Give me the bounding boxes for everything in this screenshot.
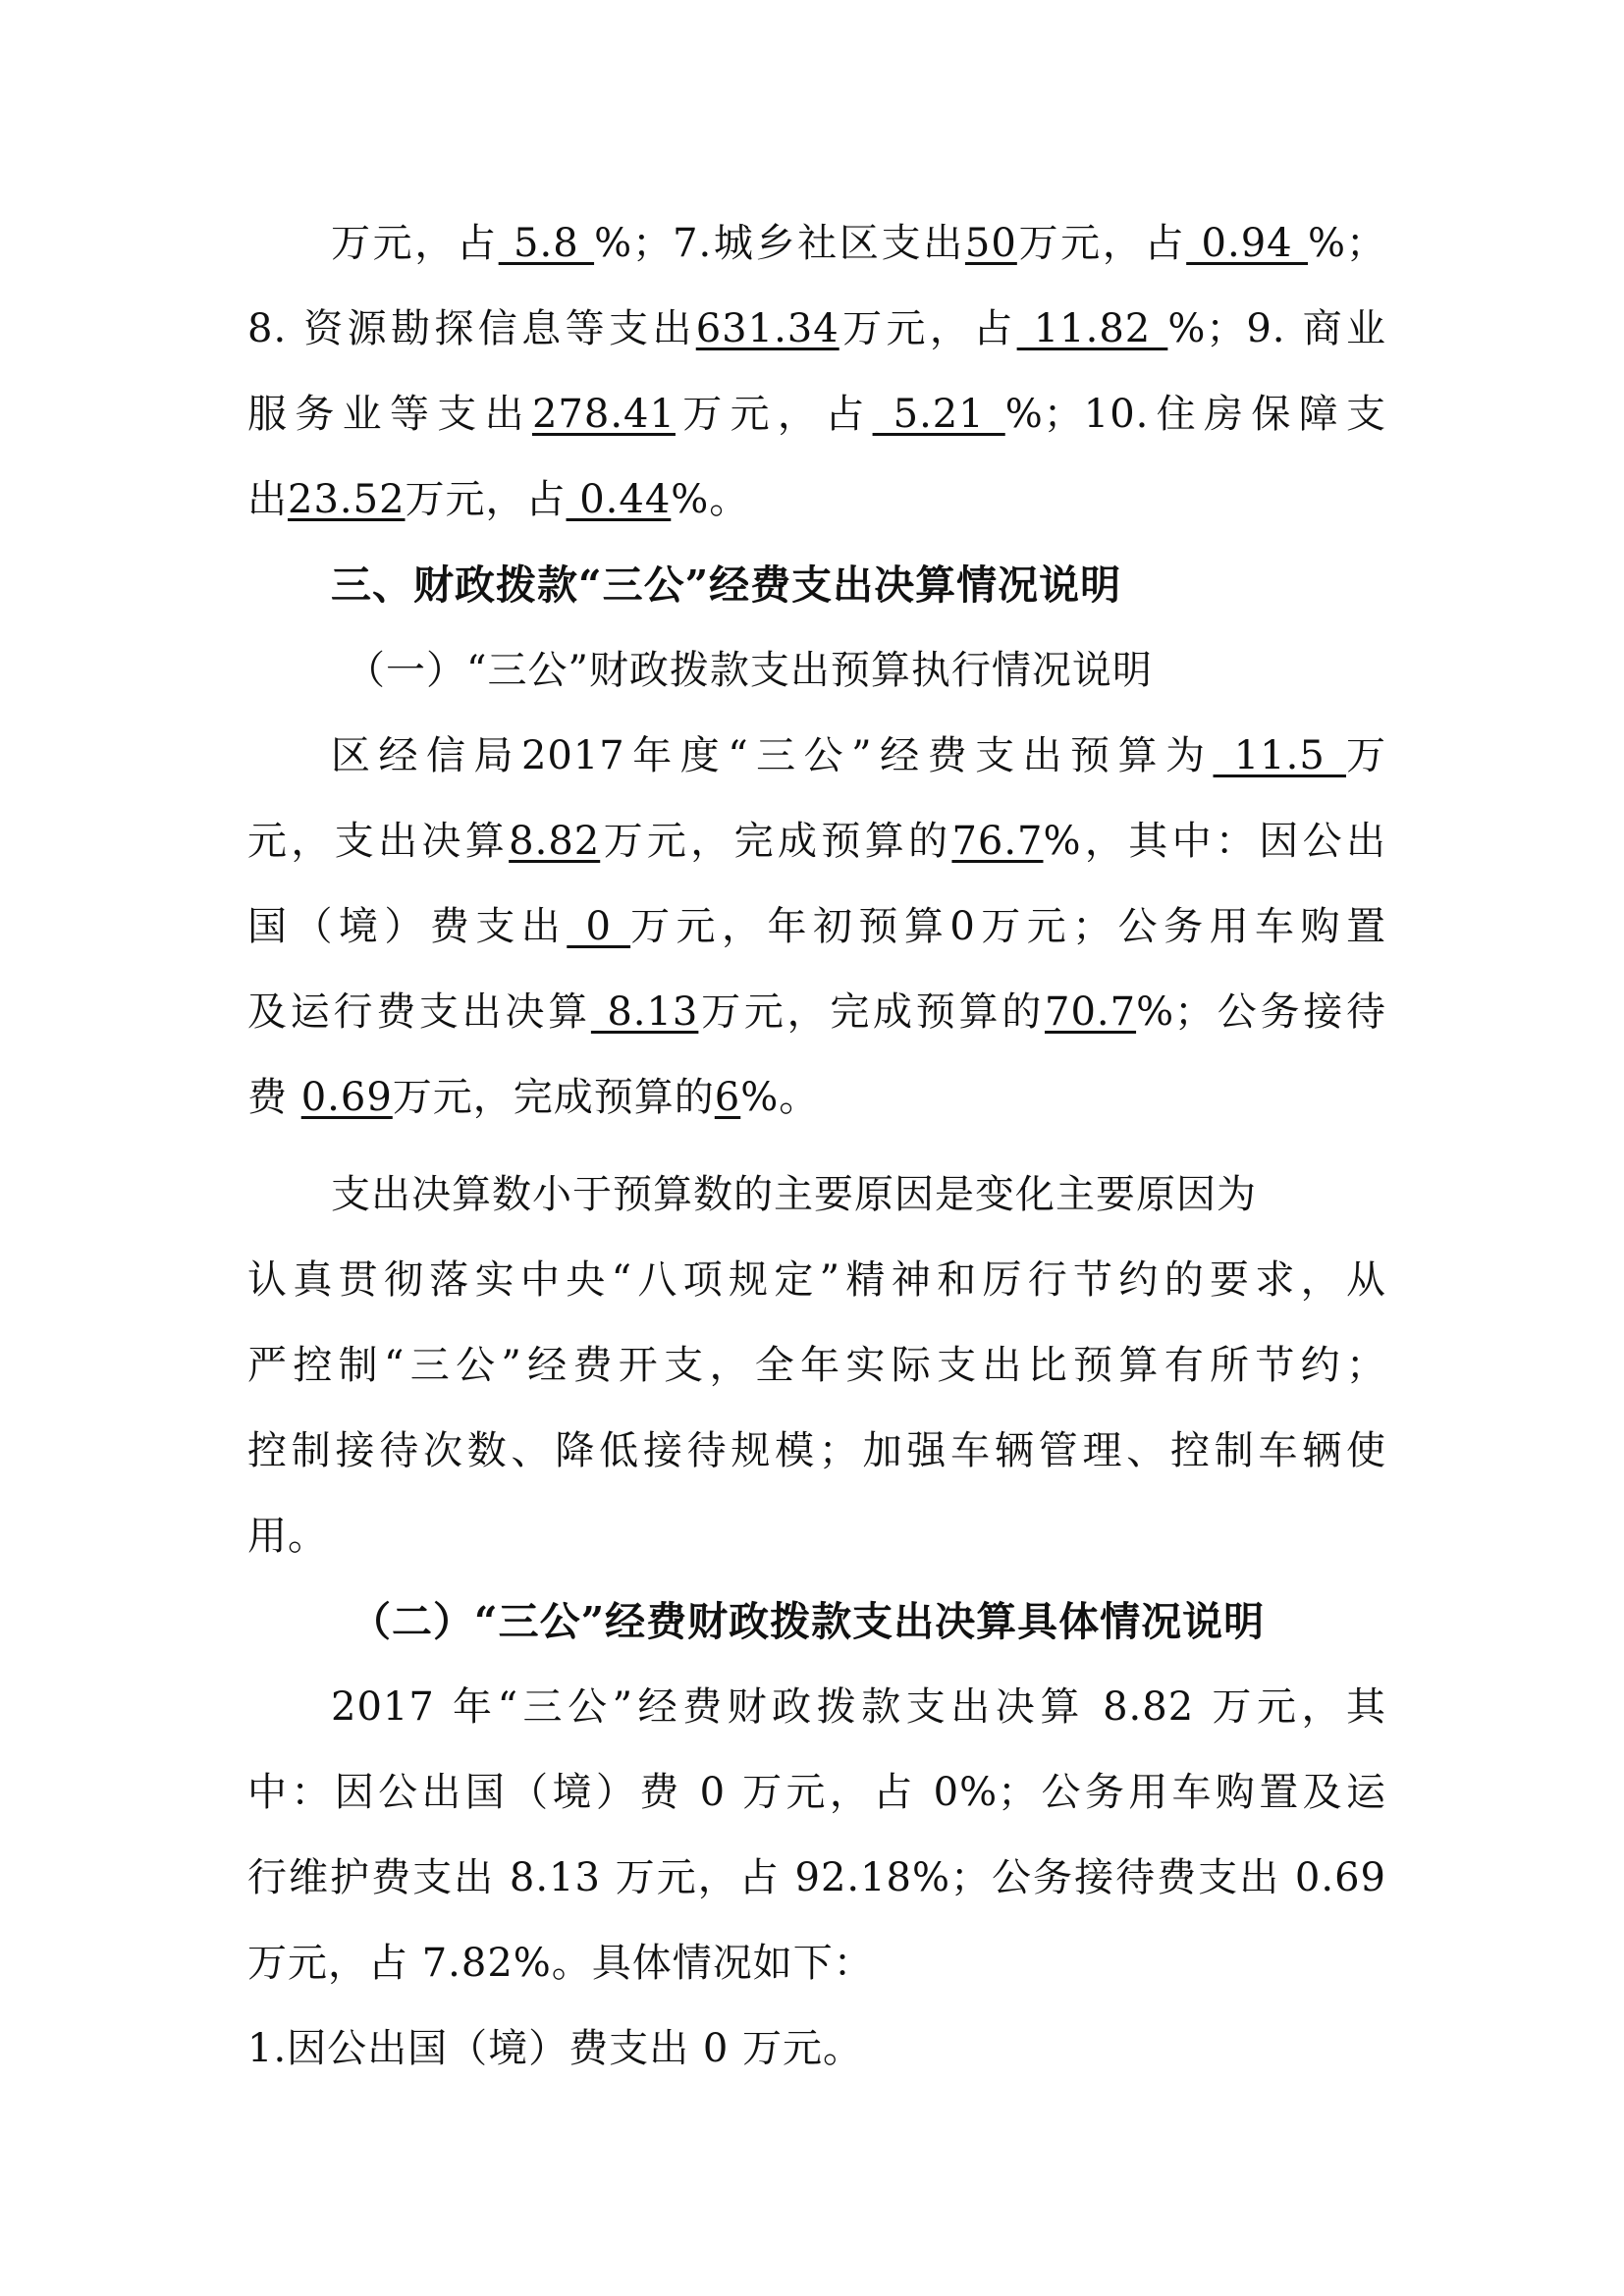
underlined-value: 631.34 (696, 306, 839, 351)
text-segment: 区经信局2017年度“三公”经费支出预算为 (331, 733, 1214, 778)
underlined-value: 0.44 (567, 477, 672, 522)
detail-line: 中：因公出国（境）费 0 万元，占 0%；公务用车购置及运 (247, 1750, 1386, 1836)
underlined-value: 8.82 (509, 819, 600, 864)
text-line: 万元，占 5.8 %；7.城乡社区支出50万元，占 0.94 %； (247, 201, 1386, 287)
text-segment: %；10.住房保障支 (1005, 392, 1386, 437)
item-overseas-expense: 1.因公出国（境）费支出 0 万元。 (247, 2006, 1386, 2092)
text-line: 服务业等支出278.41万元，占 5.21 %；10.住房保障支 (247, 372, 1386, 457)
text-segment: %；公务接待 (1136, 989, 1386, 1035)
underlined-value: 0.69 (301, 1075, 393, 1120)
text-segment: 万元，完成预算的 (393, 1075, 715, 1120)
budget-execution-paragraph: 区经信局2017年度“三公”经费支出预算为 11.5 万元，支出决算8.82万元… (247, 714, 1386, 1141)
document-page: 万元，占 5.8 %；7.城乡社区支出50万元，占 0.94 %；8. 资源勘探… (247, 201, 1386, 2092)
underlined-value: 5.8 (499, 221, 594, 266)
text-segment: 万 (1346, 733, 1386, 778)
underlined-value: 23.52 (288, 477, 406, 522)
detail-line: 万元，占 7.82%。具体情况如下： (247, 1921, 1386, 2006)
text-line: 出23.52万元，占 0.44%。 (247, 457, 1386, 543)
reason-line: 认真贯彻落实中央“八项规定”精神和厉行节约的要求，从 (247, 1238, 1386, 1323)
text-line: 元，支出决算8.82万元，完成预算的76.7%，其中：因公出 (247, 799, 1386, 884)
text-segment: %。 (740, 1075, 819, 1120)
text-line: 区经信局2017年度“三公”经费支出预算为 11.5 万 (247, 714, 1386, 799)
underlined-value: 0.94 (1186, 221, 1308, 266)
text-segment: 万元，完成预算的 (698, 989, 1045, 1035)
text-line: 国（境）费支出 0 万元，年初预算0万元；公务用车购置 (247, 884, 1386, 970)
underlined-value: 50 (965, 221, 1017, 266)
underlined-value: 11.5 (1214, 733, 1346, 778)
subheading-budget-execution: （一）“三公”财政拨款支出预算执行情况说明 (247, 628, 1386, 714)
reason-line: 支出决算数小于预算数的主要原因是变化主要原因为 (247, 1152, 1386, 1238)
text-line: 费 0.69万元，完成预算的6%。 (247, 1055, 1386, 1141)
subheading-specific-details: （二）“三公”经费财政拨款支出决算具体情况说明 (247, 1579, 1386, 1665)
text-segment: 8. 资源勘探信息等支出 (247, 306, 696, 351)
section-heading-three-public-expenses: 三、财政拨款“三公”经费支出决算情况说明 (247, 543, 1386, 628)
underlined-value: 76.7 (951, 819, 1043, 864)
text-segment: 万元，完成预算的 (600, 819, 951, 864)
text-segment: 万元，占 (676, 392, 873, 437)
text-segment: %。 (671, 477, 749, 522)
detail-paragraph: 2017 年“三公”经费财政拨款支出决算 8.82 万元，其 中：因公出国（境）… (247, 1665, 1386, 2006)
reason-line: 控制接待次数、降低接待规模；加强车辆管理、控制车辆使 (247, 1409, 1386, 1494)
reason-paragraph: 支出决算数小于预算数的主要原因是变化主要原因为 认真贯彻落实中央“八项规定”精神… (247, 1152, 1386, 1579)
text-segment: 费 (247, 1075, 301, 1120)
text-segment: %；9. 商业 (1167, 306, 1386, 351)
underlined-value: 8.13 (591, 989, 699, 1035)
text-segment: 服务业等支出 (247, 392, 532, 437)
text-segment: %； (1308, 221, 1386, 266)
text-segment: 出 (247, 477, 288, 522)
text-segment: 及运行费支出决算 (247, 989, 591, 1035)
text-segment: 万元，占 (1017, 221, 1186, 266)
underlined-value: 0 (567, 904, 630, 949)
text-line: 及运行费支出决算 8.13万元，完成预算的70.7%；公务接待 (247, 970, 1386, 1055)
underlined-value: 278.41 (532, 392, 676, 437)
detail-line: 2017 年“三公”经费财政拨款支出决算 8.82 万元，其 (247, 1665, 1386, 1750)
underlined-value: 11.82 (1017, 306, 1168, 351)
text-segment: %；7.城乡社区支出 (594, 221, 965, 266)
text-segment: 万元，占 (331, 221, 499, 266)
text-segment: 万元，占 (839, 306, 1017, 351)
reason-line: 严控制“三公”经费开支，全年实际支出比预算有所节约； (247, 1323, 1386, 1409)
text-segment: 万元，年初预算0万元；公务用车购置 (630, 904, 1386, 949)
underlined-value: 6 (715, 1075, 740, 1120)
reason-line: 用。 (247, 1494, 1386, 1579)
text-segment: 元，支出决算 (247, 819, 509, 864)
underlined-value: 70.7 (1045, 989, 1136, 1035)
text-segment: 国（境）费支出 (247, 904, 567, 949)
underlined-value: 5.21 (873, 392, 1005, 437)
detail-line: 行维护费支出 8.13 万元，占 92.18%；公务接待费支出 0.69 (247, 1836, 1386, 1921)
text-segment: %，其中：因公出 (1044, 819, 1387, 864)
text-segment: 万元，占 (406, 477, 567, 522)
expenditure-breakdown-continued: 万元，占 5.8 %；7.城乡社区支出50万元，占 0.94 %；8. 资源勘探… (247, 201, 1386, 543)
text-line: 8. 资源勘探信息等支出631.34万元，占 11.82 %；9. 商业 (247, 287, 1386, 372)
